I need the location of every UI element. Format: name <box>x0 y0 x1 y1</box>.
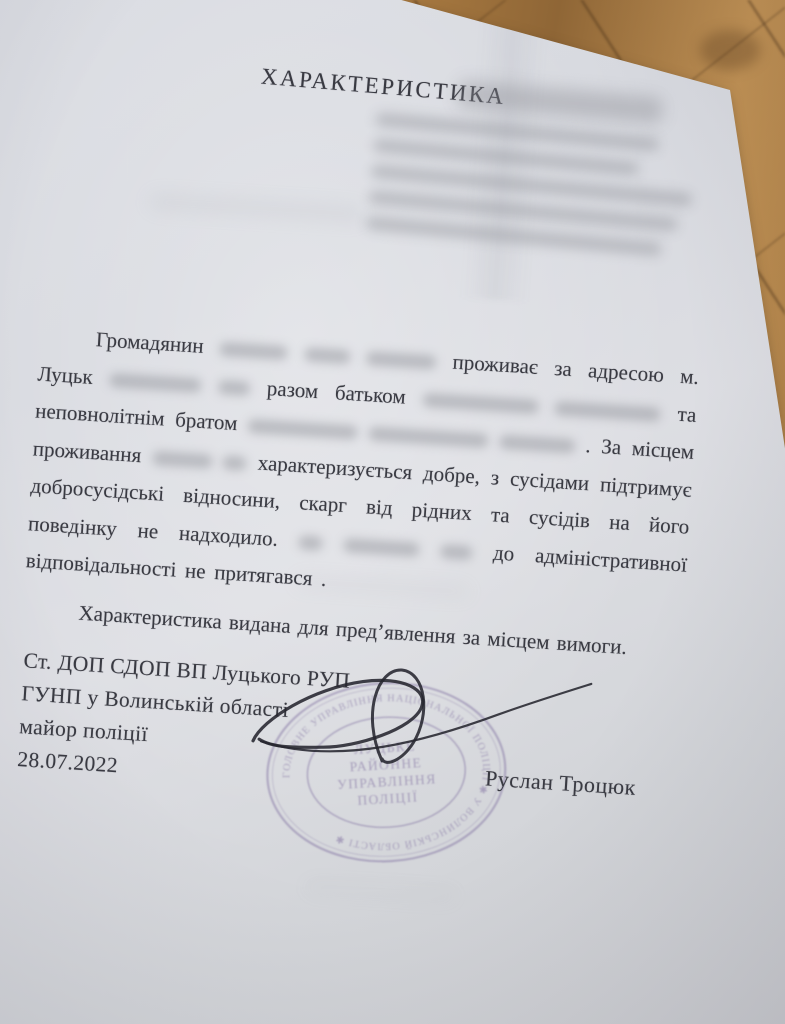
redacted-text <box>109 373 202 393</box>
redacted-text <box>498 435 575 454</box>
signature-loop-1 <box>253 672 424 755</box>
redacted-text <box>368 426 489 448</box>
header-redaction-block <box>366 113 711 260</box>
paper-sheet: ХАРАКТЕРИСТИКА Громадянин проживає за ад… <box>0 0 785 1024</box>
redacted-text <box>223 455 248 470</box>
redacted-text <box>422 392 539 413</box>
redacted-text <box>366 351 437 369</box>
paper-sheet-wrap: ХАРАКТЕРИСТИКА Громадянин проживає за ад… <box>0 0 785 1024</box>
redacted-text <box>343 538 420 557</box>
redacted-text <box>555 401 662 422</box>
redacted-text <box>440 544 473 560</box>
photo-of-document: { "scene": { "background": "wooden-parqu… <box>0 0 785 1024</box>
redacted-text <box>248 419 359 440</box>
title-tail-redaction-blur <box>457 80 664 124</box>
text-segment: Громадянин <box>95 327 221 359</box>
main-paragraph: Громадянин проживає за адресою м. Луцьк … <box>25 318 700 621</box>
redacted-text <box>219 342 288 360</box>
redacted-text <box>304 347 351 364</box>
redacted-text <box>152 450 213 468</box>
document-title-text: ХАРАКТЕРИСТИКА <box>246 62 507 110</box>
signature-tail-stroke <box>261 663 592 768</box>
redacted-text <box>218 379 251 395</box>
text-segment: разом батьком <box>266 376 423 410</box>
document-content: ХАРАКТЕРИСТИКА Громадянин проживає за ад… <box>0 17 729 915</box>
bleed-through-ghost <box>148 193 364 222</box>
signature-block: Ст. ДОП СДОП ВП Луцького РУП ГУНП у Воли… <box>10 644 689 915</box>
redacted-text <box>298 535 323 550</box>
